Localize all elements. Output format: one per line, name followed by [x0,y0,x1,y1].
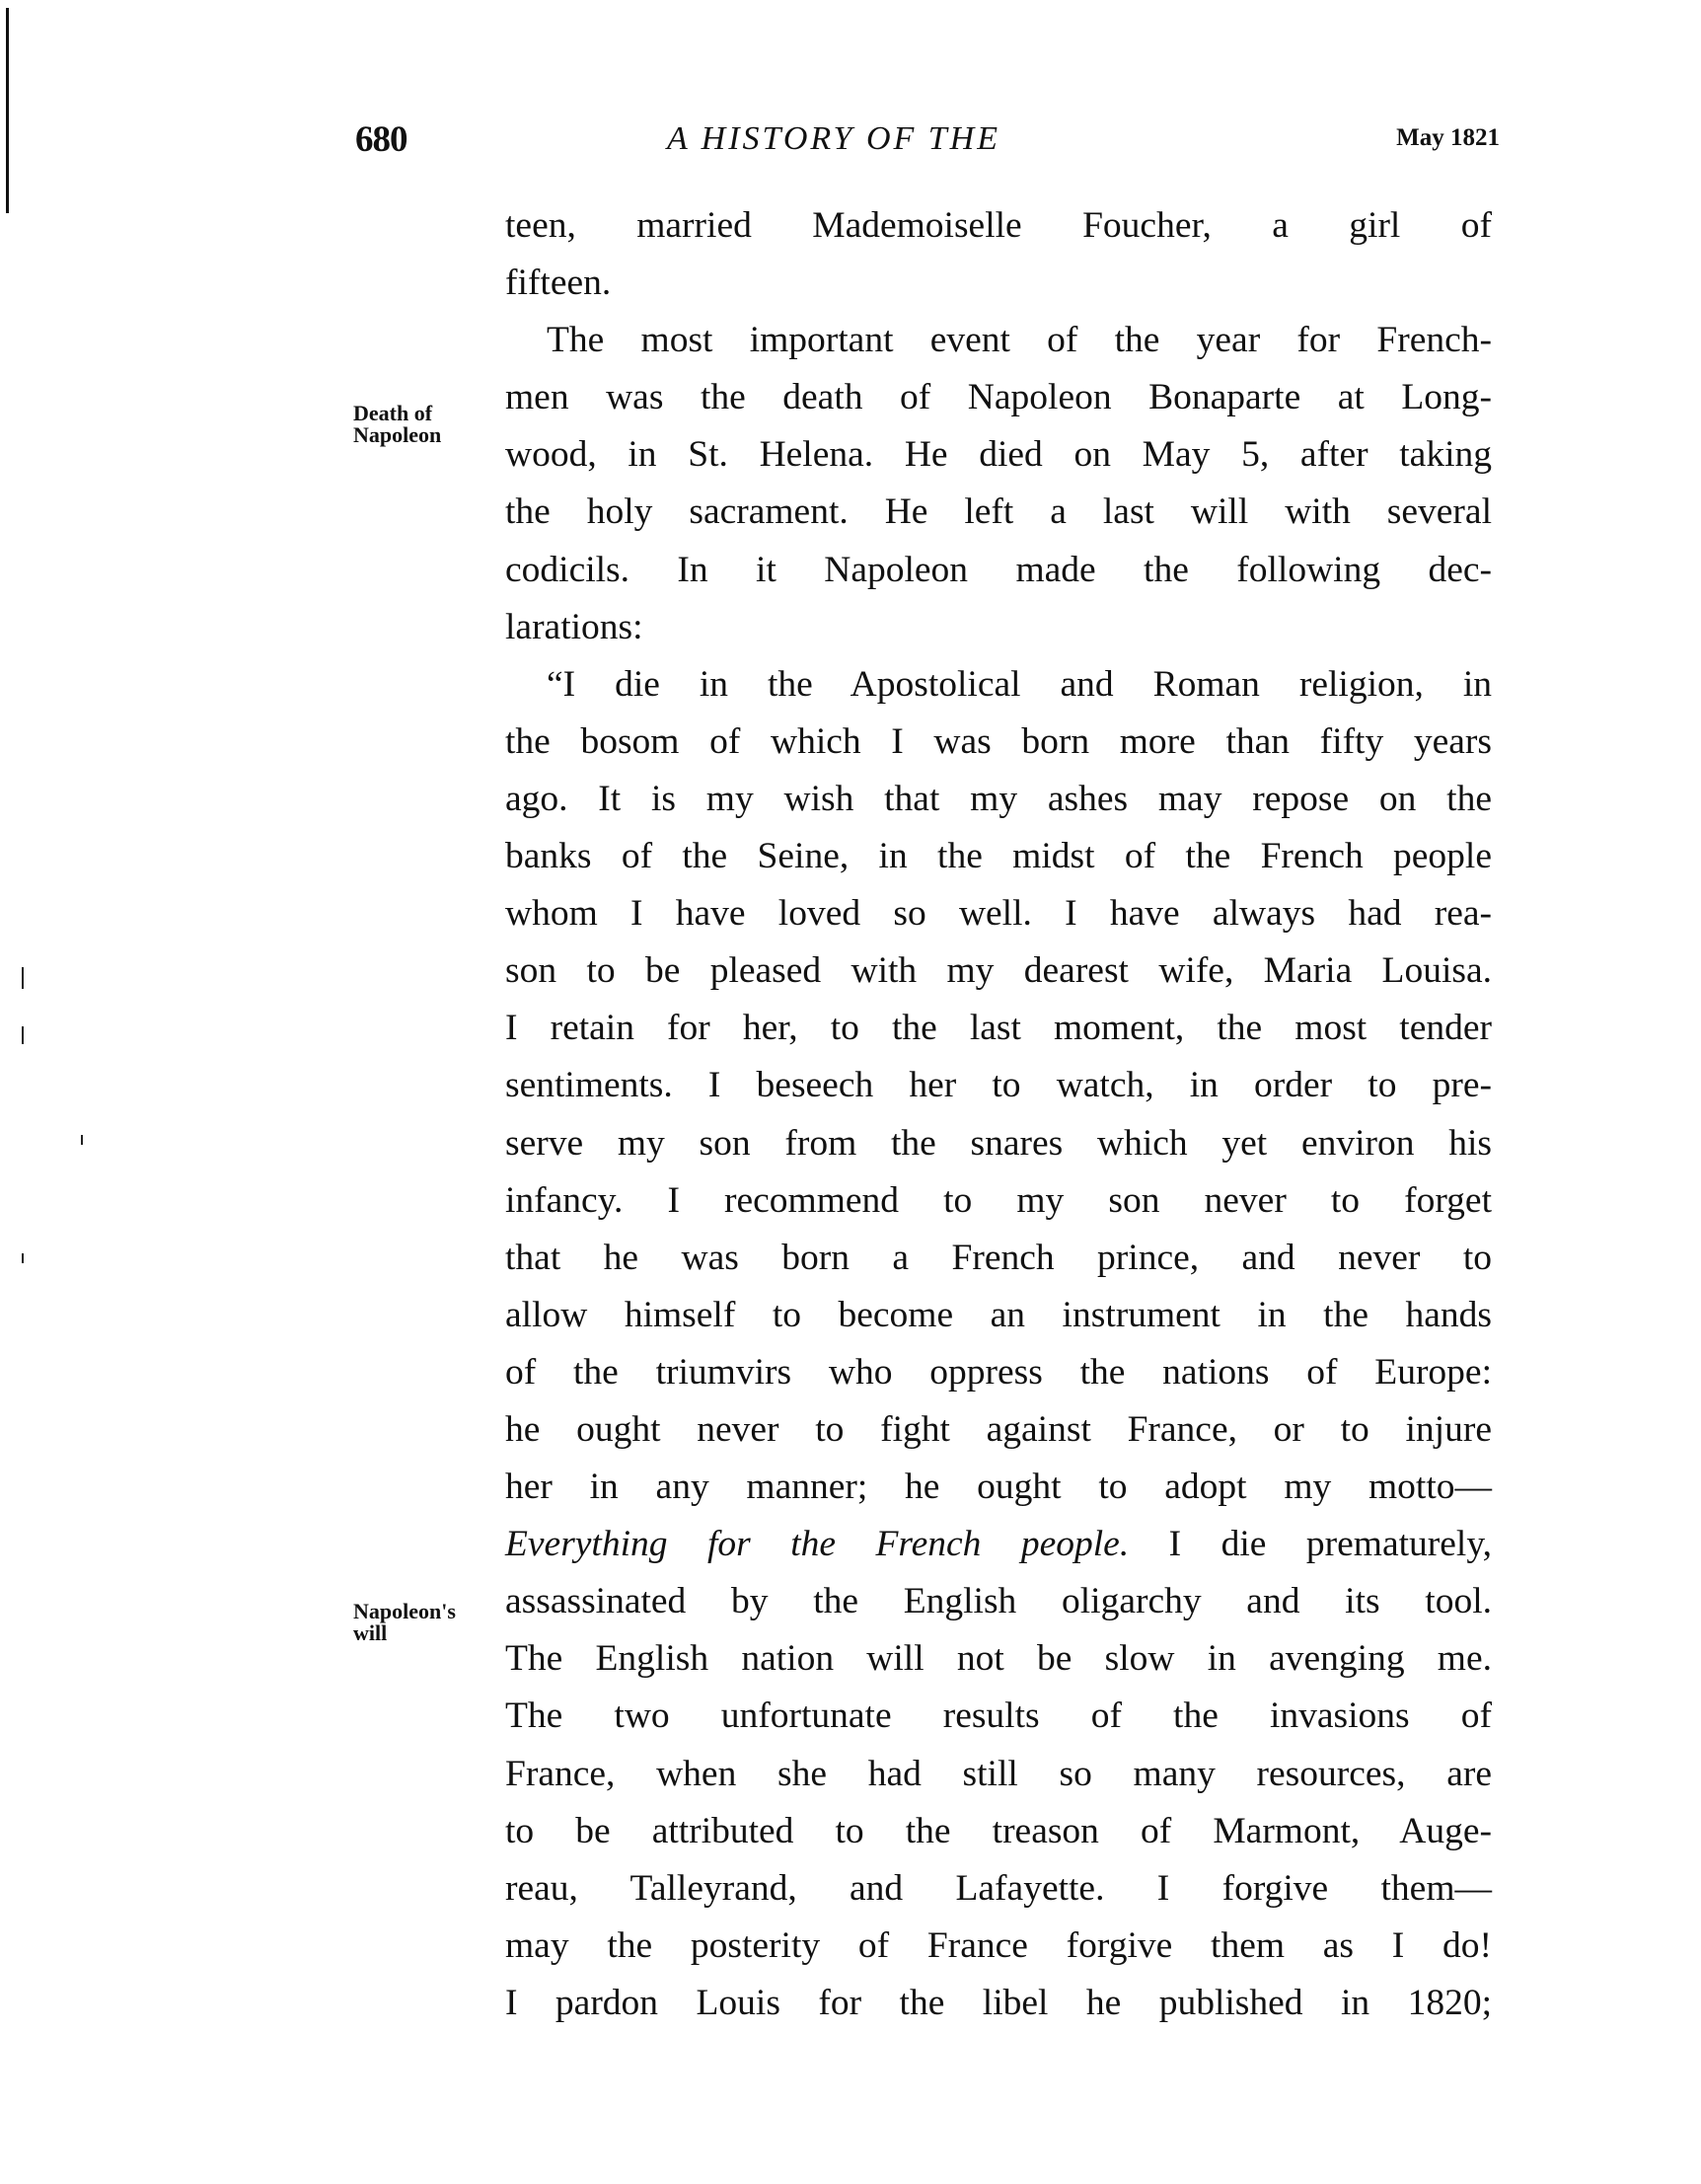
text-line: of the triumvirs who oppress the nations… [505,1344,1492,1401]
text-line: The English nation will not be slow in a… [505,1630,1492,1688]
scan-mark [81,1135,83,1145]
margin-note-line: Death of [353,403,441,424]
scan-mark [22,1026,24,1044]
scan-mark [22,967,24,989]
text-line: I pardon Louis for the libel he publishe… [505,1975,1492,2032]
margin-note-line: Napoleon [353,424,441,446]
text-line: whom I have loved so well. I have always… [505,885,1492,942]
text-line: men was the death of Napoleon Bonaparte … [505,369,1492,426]
text-line: fifteen. [505,255,1492,312]
scan-mark [22,1253,24,1263]
text-line: larations: [505,599,1492,656]
text-line: ago. It is my wish that my ashes may rep… [505,771,1492,828]
text-line: banks of the Seine, in the midst of the … [505,828,1492,885]
running-head: 680 A HISTORY OF THE May 1821 [355,118,1500,162]
text-line: reau, Talleyrand, and Lafayette. I forgi… [505,1860,1492,1918]
text-line: he ought never to fight against France, … [505,1401,1492,1459]
text-line: son to be pleased with my dearest wife, … [505,942,1492,1000]
text-line: the holy sacrament. He left a last will … [505,484,1492,541]
text-line: infancy. I recommend to my son never to … [505,1172,1492,1230]
text-line: sentiments. I beseech her to watch, in o… [505,1057,1492,1114]
running-title: A HISTORY OF THE [667,120,1000,158]
text-line: The two unfortunate results of the invas… [505,1688,1492,1745]
body-text: teen, married Mademoiselle Foucher, a gi… [505,197,1492,2032]
text-line: teen, married Mademoiselle Foucher, a gi… [505,197,1492,255]
text-line: wood, in St. Helena. He died on May 5, a… [505,426,1492,484]
text-line-motto: Everything for the French people. I die … [505,1516,1492,1573]
text-line: allow himself to become an instrument in… [505,1287,1492,1344]
text-line: “I die in the Apostolical and Roman reli… [505,656,1492,714]
margin-note-death-of-napoleon: Death of Napoleon [353,403,441,446]
text-line: The most important event of the year for… [505,312,1492,369]
page-number: 680 [355,118,407,161]
text-line: France, when she had still so many resou… [505,1746,1492,1803]
text-line: the bosom of which I was born more than … [505,714,1492,771]
margin-note-line: Napoleon's [353,1601,456,1622]
motto-rest: I die prematurely, [1129,1524,1492,1564]
text-line: to be attributed to the treason of Marmo… [505,1803,1492,1860]
text-line: assassinated by the English oligarchy an… [505,1573,1492,1630]
text-line: codicils. In it Napoleon made the follow… [505,542,1492,599]
scan-edge-line [6,8,9,213]
running-date: May 1821 [1396,124,1500,152]
text-line: may the posterity of France forgive them… [505,1918,1492,1975]
text-line: I retain for her, to the last moment, th… [505,1000,1492,1057]
text-line: serve my son from the snares which yet e… [505,1115,1492,1172]
motto-italic: Everything for the French people. [505,1524,1129,1564]
text-line: that he was born a French prince, and ne… [505,1230,1492,1287]
margin-note-line: will [353,1622,456,1644]
margin-note-napoleons-will: Napoleon's will [353,1601,456,1644]
text-line: her in any manner; he ought to adopt my … [505,1459,1492,1516]
